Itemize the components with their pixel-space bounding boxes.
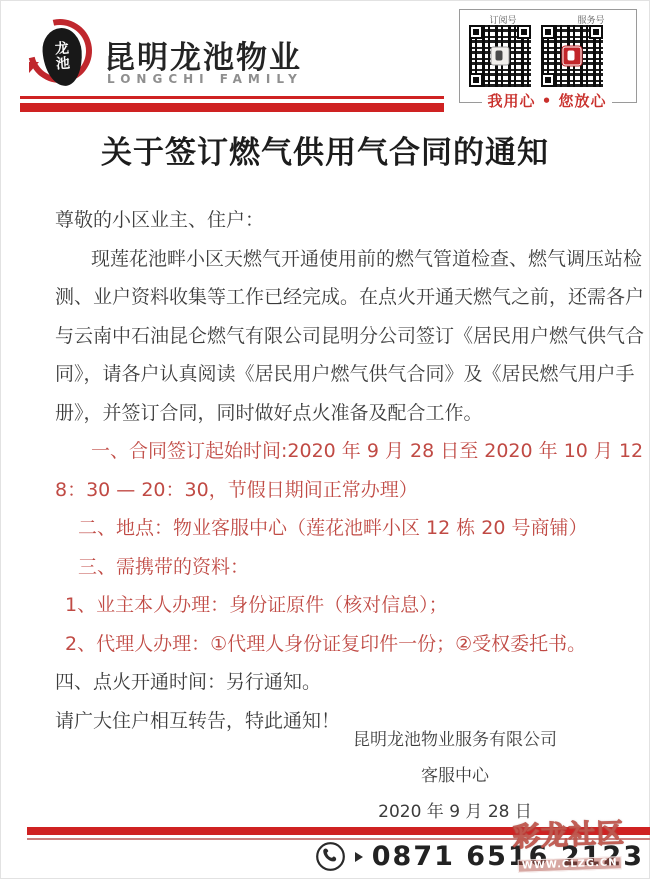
- signature-department: 客服中心: [330, 758, 580, 794]
- header-rule-thick: [20, 103, 444, 112]
- company-name-cn: 昆明龙池物业: [104, 32, 302, 77]
- qr-finder-icon: [589, 25, 603, 39]
- notice-line: 尊敬的小区业主、住户：: [55, 201, 630, 240]
- qr-finder-icon: [541, 25, 555, 39]
- qr-finder-icon: [469, 73, 483, 87]
- pointer-icon: [355, 852, 363, 862]
- logo-swirl-arrowhead-icon: [29, 62, 39, 73]
- notice-line: 一、合同签订起始时间:2020 年 9 月 28 日至 2020 年 10 月 …: [55, 432, 630, 471]
- notice-title: 关于签订燃气供用气合同的通知: [0, 127, 650, 172]
- site-watermark: 彩龙社区 WWW.CLZG.CN: [489, 810, 649, 873]
- phone-icon: [315, 841, 346, 872]
- qr-finder-icon: [541, 73, 555, 87]
- notice-body: 尊敬的小区业主、住户： 现莲花池畔小区天燃气开通使用前的燃气管道检查、燃气调压站…: [55, 201, 630, 740]
- qr-finder-icon: [517, 25, 531, 39]
- notice-line: 册》，并签订合同，同时做好点火准备及配合工作。: [55, 394, 630, 433]
- notice-document: 龙 池 昆明龙池物业 LONGCHI FAMILY 订阅号 服务号 我用心 • …: [0, 0, 650, 879]
- signature-company: 昆明龙池物业服务有限公司: [330, 722, 580, 758]
- qr-slogan: 我用心 • 您放心: [459, 90, 635, 111]
- notice-line: 同》，请各户认真阅读《居民用户燃气供气合同》及《居民燃气用户手: [55, 355, 630, 394]
- notice-line: 二、地点：物业客服中心（莲花池畔小区 12 栋 20 号商铺）: [55, 509, 630, 548]
- seal-char-bottom: 池: [56, 57, 71, 73]
- qr-center-logo-icon: [491, 47, 510, 66]
- qr-code-subscription: [469, 25, 531, 87]
- notice-line: 1、业主本人办理：身份证原件（核对信息）；: [55, 586, 630, 625]
- notice-line: 测、业户资料收集等工作已经完成。在点火开通天燃气之前，还需各户: [55, 278, 630, 317]
- notice-line: 2、代理人办理：①代理人身份证复印件一份；②受权委托书。: [55, 625, 630, 664]
- qr-code-service: [541, 25, 603, 87]
- company-name-en: LONGCHI FAMILY: [107, 72, 303, 86]
- watermark-name: 彩龙社区: [489, 810, 648, 854]
- notice-line: 现莲花池畔小区天燃气开通使用前的燃气管道检查、燃气调压站检: [55, 240, 630, 279]
- notice-line: 8：30 — 20：30，节假日期间正常办理）: [55, 471, 630, 510]
- notice-line: 四、点火开通时间：另行通知。: [55, 663, 630, 702]
- header-rule-thin: [20, 96, 444, 99]
- company-logo: 龙 池: [26, 18, 100, 98]
- qr-finder-icon: [469, 25, 483, 39]
- notice-line: 与云南中石油昆仑燃气有限公司昆明分公司签订《居民用户燃气供气合: [55, 317, 630, 356]
- notice-line: 三、需携带的资料：: [55, 548, 630, 587]
- qr-center-logo-icon: [563, 47, 582, 66]
